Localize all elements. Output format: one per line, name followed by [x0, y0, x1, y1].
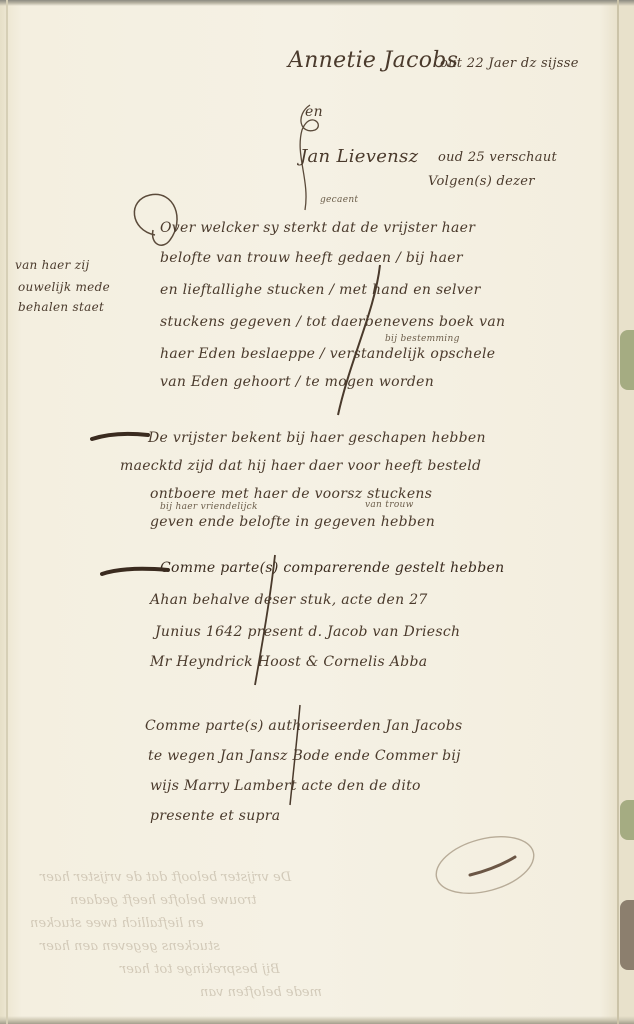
paragraph-line: belofte van trouw heeft gedaen / bij hae…: [160, 250, 463, 266]
groom-name: Jan Lievensz: [300, 146, 418, 167]
bleed-line: stuckens gegeven aen haer: [40, 939, 220, 954]
margin-note-line: van haer zij: [15, 258, 90, 272]
page-top-edge: [0, 0, 634, 6]
manuscript-page: De vrijster belooft dat de vrijster haer…: [0, 0, 634, 1024]
paragraph-line: Junius 1642 present d. Jacob van Driesch: [155, 624, 460, 640]
bride-details: out 22 Jaer dz sijsse: [440, 56, 579, 71]
groom-details-cont: Volgen(s) dezer: [428, 174, 535, 189]
paragraph-line: maecktd zijd dat hij haer daer voor heef…: [120, 458, 481, 474]
paragraph-line: presente et supra: [150, 808, 280, 824]
paragraph-line: van Eden gehoort / te mogen worden: [160, 374, 434, 390]
lead-stroke-p2-icon: [90, 425, 150, 445]
page-bottom-edge: [0, 1016, 634, 1024]
paragraph-line: haer Eden beslaeppe / verstandelijk opsc…: [160, 346, 495, 362]
paragraph-line: en lieftallighe stucken / met hand en se…: [160, 282, 481, 298]
bride-name: Annetie Jacobs: [288, 48, 458, 73]
binding-gutter: [6, 0, 8, 1024]
page-fore-edge: [617, 0, 619, 1024]
interlinear-note: gecaent: [320, 195, 358, 205]
paragraph-line: te wegen Jan Jansz Bode ende Commer bij: [148, 748, 461, 764]
bleed-line: trouwe belofte heeft gedaen: [70, 893, 257, 908]
interlinear-note: van trouw: [365, 500, 414, 510]
plant-stain-brown: [620, 900, 634, 970]
plant-stain-green-top: [620, 330, 634, 390]
groom-details: oud 25 verschaut: [438, 150, 557, 165]
plant-stain-green-bottom: [620, 800, 634, 840]
bleed-line: Bij besprekinge tot haer: [120, 962, 280, 977]
bottom-oval-flourish-icon: [430, 825, 540, 905]
paragraph-line: geven ende belofte in gegeven hebben: [150, 514, 435, 530]
interlinear-note: bij bestemming: [385, 334, 460, 344]
paragraph-line: De vrijster bekent bij haer geschapen he…: [148, 430, 486, 446]
header-connector: en: [305, 104, 323, 120]
margin-note-line: behalen staet: [18, 300, 104, 314]
margin-note-line: ouwelijk mede: [18, 280, 110, 294]
bleed-line: en lieftallich twee stucken: [30, 916, 204, 931]
bleed-line: mede beloften van: [200, 985, 322, 1000]
paragraph-line: Mr Heyndrick Hoost & Cornelis Abba: [150, 654, 427, 670]
interlinear-note: bij haer vriendelijck: [160, 502, 258, 512]
paragraph-line: wijs Marry Lambert acte den de dito: [150, 778, 421, 794]
paragraph-line: Comme parte(s) comparerende gestelt hebb…: [160, 560, 504, 576]
paragraph-line: stuckens gegeven / tot daerbenevens boek…: [160, 314, 505, 330]
paragraph-line: Ahan behalve deser stuk, acte den 27: [150, 592, 428, 608]
bleed-line: De vrijster belooft dat de vrijster haer: [40, 870, 291, 885]
paragraph-line: Over welcker sy sterkt dat de vrijster h…: [160, 220, 475, 236]
paragraph-line: Comme parte(s) authoriseerden Jan Jacobs: [145, 718, 462, 734]
